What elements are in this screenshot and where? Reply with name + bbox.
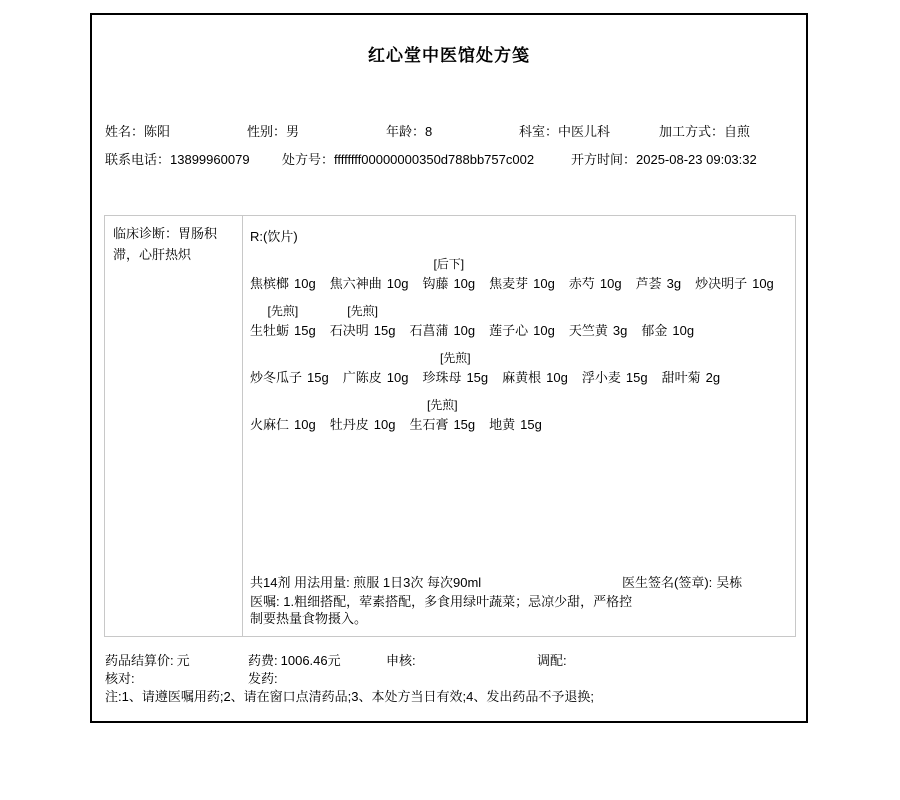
herb-list: 焦槟榔10g焦六神曲10g[后下]钩藤10g焦麦芽10g赤芍10g芦荟3g炒决明… bbox=[250, 254, 787, 435]
herb-row: 炒冬瓜子15g广陈皮10g[先煎]珍珠母15g麻黄根10g浮小麦15g甜叶菊2g bbox=[250, 348, 787, 388]
decoction-annotation: [先煎] bbox=[330, 301, 396, 321]
patient-field: 科室：中医儿科 bbox=[519, 121, 610, 140]
decoction-annotation bbox=[662, 348, 720, 368]
herb-name: 芦荟 bbox=[636, 276, 662, 291]
field-value: 2025-08-23 09:03:32 bbox=[636, 152, 757, 167]
herb-item: 牡丹皮10g bbox=[330, 395, 396, 435]
herb-name-dose: 郁金10g bbox=[641, 321, 694, 341]
field-value: 自煎 bbox=[724, 124, 750, 139]
decoction-annotation: [先煎] bbox=[250, 301, 316, 321]
herb-name-dose: 天竺黄3g bbox=[569, 321, 627, 341]
herb-item: 焦麦芽10g bbox=[489, 254, 555, 294]
herb-name: 浮小麦 bbox=[582, 370, 621, 385]
page-title: 红心堂中医馆处方笺 bbox=[92, 41, 806, 66]
footer-field-label: 申核: bbox=[386, 653, 416, 668]
herb-dose: 10g bbox=[752, 276, 774, 291]
clinical-diagnosis-cell: 临床诊断：胃肠积滞，心肝热炽 bbox=[105, 216, 243, 636]
doctor-signature-name: 吴栋 bbox=[716, 575, 742, 590]
herb-item: 炒决明子10g bbox=[695, 254, 774, 294]
field-label: 性别： bbox=[247, 124, 286, 139]
field-value: 13899960079 bbox=[170, 152, 250, 167]
field-label: 联系电话： bbox=[105, 152, 170, 167]
herb-row: [先煎]生牡蛎15g[先煎]石决明15g石菖蒲10g莲子心10g天竺黄3g郁金1… bbox=[250, 301, 787, 341]
herb-item: 焦六神曲10g bbox=[330, 254, 409, 294]
footer-field-label: 药费: bbox=[248, 653, 278, 668]
patient-info-row-2: 联系电话：13899960079处方号：ffffffff00000000350d… bbox=[92, 149, 806, 167]
field-label: 处方号： bbox=[282, 152, 334, 167]
decoction-annotation: [先煎] bbox=[422, 348, 488, 368]
decoction-annotation bbox=[409, 301, 475, 321]
herb-name-dose: 石菖蒲10g bbox=[409, 321, 475, 341]
herb-dose: 10g bbox=[672, 323, 694, 338]
herb-name: 焦六神曲 bbox=[330, 276, 382, 291]
herb-name: 石菖蒲 bbox=[409, 323, 448, 338]
decoction-annotation bbox=[636, 254, 681, 274]
herb-name-dose: 焦槟榔10g bbox=[250, 274, 316, 294]
herb-item: 芦荟3g bbox=[636, 254, 681, 294]
doctor-signature-label: 医生签名(签章): bbox=[622, 575, 712, 590]
rx-header: R:(饮片) bbox=[250, 227, 787, 247]
herb-name-dose: 赤芍10g bbox=[569, 274, 622, 294]
herb-name-dose: 甜叶菊2g bbox=[662, 368, 720, 388]
herb-item: [先煎]石决明15g bbox=[330, 301, 396, 341]
herb-item: 浮小麦15g bbox=[582, 348, 648, 388]
field-value: ffffffff00000000350d788bb757c002 bbox=[334, 152, 534, 167]
footer-field: 药品结算价:元 bbox=[105, 650, 190, 669]
herb-item: [后下]钩藤10g bbox=[422, 254, 475, 294]
patient-info-row-1: 姓名：陈阳性别：男年龄：8科室：中医儿科加工方式：自煎 bbox=[92, 121, 806, 139]
herb-item: [先煎]生牡蛎15g bbox=[250, 301, 316, 341]
usage-section: 共14剂 用法用量: 煎服 1日3次 每次90ml 医生签名(签章):吴栋 医嘱… bbox=[250, 574, 787, 627]
herb-name: 焦槟榔 bbox=[250, 276, 289, 291]
herb-name: 天竺黄 bbox=[569, 323, 608, 338]
patient-field: 联系电话：13899960079 bbox=[105, 149, 250, 168]
patient-field: 处方号：ffffffff00000000350d788bb757c002 bbox=[282, 149, 534, 168]
prescription-body-box: 临床诊断：胃肠积滞，心肝热炽 R:(饮片) 焦槟榔10g焦六神曲10g[后下]钩… bbox=[104, 215, 796, 637]
decoction-annotation bbox=[250, 395, 316, 415]
footer-field: 调配: bbox=[537, 650, 570, 669]
herb-item: 焦槟榔10g bbox=[250, 254, 316, 294]
footer-row-1: 药品结算价:元药费:1006.46元申核:调配: bbox=[92, 650, 806, 667]
herb-dose: 10g bbox=[294, 417, 316, 432]
footer-field-value: 1006.46元 bbox=[281, 653, 341, 668]
herb-name: 郁金 bbox=[641, 323, 667, 338]
herb-item: 甜叶菊2g bbox=[662, 348, 720, 388]
herb-item: 天竺黄3g bbox=[569, 301, 627, 341]
footer-field: 药费:1006.46元 bbox=[248, 650, 341, 669]
footer-field: 发药: bbox=[248, 668, 281, 687]
herb-name-dose: 焦麦芽10g bbox=[489, 274, 555, 294]
herb-dose: 10g bbox=[600, 276, 622, 291]
herb-name: 麻黄根 bbox=[502, 370, 541, 385]
medical-advice: 医嘱: 1.粗细搭配，荤素搭配，多食用绿叶蔬菜；忌凉少甜，严格控制要热量食物摄入… bbox=[250, 593, 638, 627]
decoction-annotation bbox=[489, 395, 542, 415]
herb-dose: 10g bbox=[387, 370, 409, 385]
herb-item: 郁金10g bbox=[641, 301, 694, 341]
decoction-annotation: [先煎] bbox=[409, 395, 475, 415]
field-value: 陈阳 bbox=[144, 124, 170, 139]
rx-cell: R:(饮片) 焦槟榔10g焦六神曲10g[后下]钩藤10g焦麦芽10g赤芍10g… bbox=[244, 216, 795, 636]
decoction-annotation bbox=[489, 301, 555, 321]
footer-field-value: 元 bbox=[177, 653, 190, 668]
decoction-annotation bbox=[582, 348, 648, 368]
herb-dose: 15g bbox=[453, 417, 475, 432]
field-label: 开方时间： bbox=[571, 152, 636, 167]
herb-name-dose: 广陈皮10g bbox=[343, 368, 409, 388]
herb-name: 钩藤 bbox=[422, 276, 448, 291]
decoction-annotation bbox=[569, 254, 622, 274]
herb-item: 炒冬瓜子15g bbox=[250, 348, 329, 388]
decoction-annotation: [后下] bbox=[422, 254, 475, 274]
herb-row: 焦槟榔10g焦六神曲10g[后下]钩藤10g焦麦芽10g赤芍10g芦荟3g炒决明… bbox=[250, 254, 787, 294]
patient-field: 年龄：8 bbox=[386, 121, 432, 140]
herb-dose: 10g bbox=[546, 370, 568, 385]
herb-dose: 2g bbox=[706, 370, 720, 385]
patient-field: 姓名：陈阳 bbox=[105, 121, 170, 140]
diagnosis-label: 临床诊断： bbox=[113, 226, 178, 241]
herb-dose: 10g bbox=[533, 323, 555, 338]
herb-item: 麻黄根10g bbox=[502, 348, 568, 388]
herb-name-dose: 石决明15g bbox=[330, 321, 396, 341]
herb-dose: 15g bbox=[294, 323, 316, 338]
herb-item: 莲子心10g bbox=[489, 301, 555, 341]
decoction-annotation bbox=[250, 254, 316, 274]
decoction-annotation bbox=[502, 348, 568, 368]
herb-dose: 10g bbox=[294, 276, 316, 291]
herb-name: 牡丹皮 bbox=[330, 417, 369, 432]
herb-name: 生石膏 bbox=[409, 417, 448, 432]
herb-name-dose: 芦荟3g bbox=[636, 274, 681, 294]
herb-item: 石菖蒲10g bbox=[409, 301, 475, 341]
herb-name-dose: 焦六神曲10g bbox=[330, 274, 409, 294]
footer-note: 注:1、请遵医嘱用药;2、请在窗口点清药品;3、本处方当日有效;4、发出药品不予… bbox=[105, 686, 594, 705]
field-label: 科室： bbox=[519, 124, 558, 139]
herb-row: 火麻仁10g牡丹皮10g[先煎]生石膏15g地黄15g bbox=[250, 395, 787, 435]
herb-item: 广陈皮10g bbox=[343, 348, 409, 388]
herb-item: [先煎]珍珠母15g bbox=[422, 348, 488, 388]
herb-item: 火麻仁10g bbox=[250, 395, 316, 435]
herb-name: 赤芍 bbox=[569, 276, 595, 291]
herb-dose: 10g bbox=[533, 276, 555, 291]
patient-field: 开方时间：2025-08-23 09:03:32 bbox=[571, 149, 757, 168]
field-label: 姓名： bbox=[105, 124, 144, 139]
herb-name-dose: 生石膏15g bbox=[409, 415, 475, 435]
doctor-signature: 医生签名(签章):吴栋 bbox=[622, 574, 742, 591]
decoction-annotation bbox=[695, 254, 774, 274]
herb-name: 甜叶菊 bbox=[662, 370, 701, 385]
decoction-annotation bbox=[330, 254, 409, 274]
herb-name-dose: 珍珠母15g bbox=[422, 368, 488, 388]
herb-name-dose: 地黄15g bbox=[489, 415, 542, 435]
footer-field: 申核: bbox=[386, 650, 419, 669]
herb-dose: 3g bbox=[613, 323, 627, 338]
herb-name: 石决明 bbox=[330, 323, 369, 338]
herb-name: 生牡蛎 bbox=[250, 323, 289, 338]
patient-field: 性别：男 bbox=[247, 121, 299, 140]
prescription-sheet: 红心堂中医馆处方笺 姓名：陈阳性别：男年龄：8科室：中医儿科加工方式：自煎 联系… bbox=[90, 13, 808, 723]
herb-dose: 10g bbox=[387, 276, 409, 291]
herb-name: 珍珠母 bbox=[422, 370, 461, 385]
herb-dose: 10g bbox=[453, 276, 475, 291]
herb-name-dose: 浮小麦15g bbox=[582, 368, 648, 388]
footer-field-label: 调配: bbox=[537, 653, 567, 668]
footer-field-label: 核对: bbox=[105, 671, 135, 686]
herb-name-dose: 麻黄根10g bbox=[502, 368, 568, 388]
decoction-annotation bbox=[330, 395, 396, 415]
field-value: 8 bbox=[425, 124, 432, 139]
herb-name-dose: 牡丹皮10g bbox=[330, 415, 396, 435]
herb-item: 地黄15g bbox=[489, 395, 542, 435]
herb-dose: 10g bbox=[453, 323, 475, 338]
herb-name: 地黄 bbox=[489, 417, 515, 432]
patient-field: 加工方式：自煎 bbox=[659, 121, 750, 140]
decoction-annotation bbox=[250, 348, 329, 368]
herb-name-dose: 生牡蛎15g bbox=[250, 321, 316, 341]
herb-dose: 15g bbox=[374, 323, 396, 338]
herb-name-dose: 钩藤10g bbox=[422, 274, 475, 294]
field-value: 中医儿科 bbox=[558, 124, 610, 139]
herb-name: 广陈皮 bbox=[343, 370, 382, 385]
footer-field-label: 药品结算价: bbox=[105, 653, 174, 668]
herb-name: 炒决明子 bbox=[695, 276, 747, 291]
herb-dose: 3g bbox=[667, 276, 681, 291]
herb-dose: 15g bbox=[307, 370, 329, 385]
field-label: 年龄： bbox=[386, 124, 425, 139]
herb-name-dose: 炒决明子10g bbox=[695, 274, 774, 294]
herb-name-dose: 莲子心10g bbox=[489, 321, 555, 341]
decoction-annotation bbox=[569, 301, 627, 321]
footer-field-label: 发药: bbox=[248, 671, 278, 686]
herb-dose: 15g bbox=[466, 370, 488, 385]
herb-name: 炒冬瓜子 bbox=[250, 370, 302, 385]
herb-dose: 10g bbox=[374, 417, 396, 432]
decoction-annotation bbox=[343, 348, 409, 368]
decoction-annotation bbox=[489, 254, 555, 274]
herb-item: 赤芍10g bbox=[569, 254, 622, 294]
herb-name-dose: 炒冬瓜子15g bbox=[250, 368, 329, 388]
herb-dose: 15g bbox=[626, 370, 648, 385]
decoction-annotation bbox=[641, 301, 694, 321]
field-label: 加工方式： bbox=[659, 124, 724, 139]
footer-field: 核对: bbox=[105, 668, 138, 687]
herb-name: 火麻仁 bbox=[250, 417, 289, 432]
herb-name-dose: 火麻仁10g bbox=[250, 415, 316, 435]
herb-item: [先煎]生石膏15g bbox=[409, 395, 475, 435]
herb-name: 焦麦芽 bbox=[489, 276, 528, 291]
herb-dose: 15g bbox=[520, 417, 542, 432]
field-value: 男 bbox=[286, 124, 299, 139]
herb-name: 莲子心 bbox=[489, 323, 528, 338]
footer-row-2: 核对:发药: bbox=[92, 668, 806, 685]
